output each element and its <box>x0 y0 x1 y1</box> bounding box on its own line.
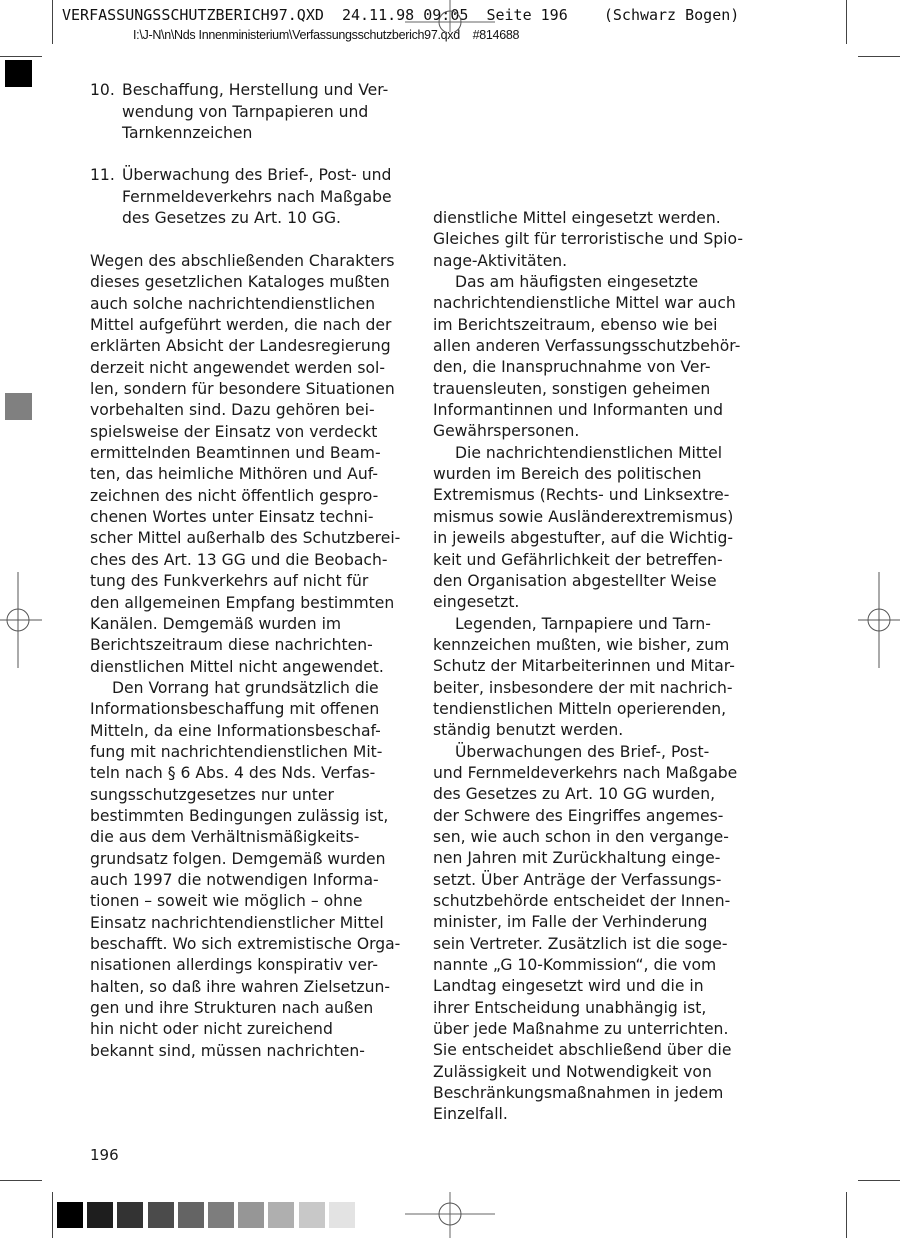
color-patch <box>238 1202 264 1228</box>
text-line: Einzelfall. <box>433 1104 743 1125</box>
text-line: ermittelnden Beamtinnen und Beam- <box>90 443 400 464</box>
text-line: Zulässigkeit und Notwendigkeit von <box>433 1062 743 1083</box>
text-line: den allgemeinen Empfang bestimmten <box>90 593 400 614</box>
text-line: im Berichtszeitraum, ebenso wie bei <box>433 315 743 336</box>
text-line: Legenden, Tarnpapiere und Tarn- <box>433 614 743 635</box>
text-line: Berichtszeitraum diese nachrichten- <box>90 635 400 656</box>
registration-mark-right-icon <box>858 572 900 668</box>
text-line: tionen – soweit wie möglich – ohne <box>90 891 400 912</box>
text-line: Gewährspersonen. <box>433 421 743 442</box>
text-line: teln nach § 6 Abs. 4 des Nds. Verfas- <box>90 763 400 784</box>
text-line: Informantinnen und Informanten und <box>433 400 743 421</box>
list-line: Beschaffung, Herstellung und Ver- <box>122 80 388 102</box>
text-line: Kanälen. Demgemäß wurden im <box>90 614 400 635</box>
thumb-mark-gray <box>5 393 32 420</box>
text-line: ihrer Entscheidung unabhängig ist, <box>433 998 743 1019</box>
text-line: sungsschutzgesetzes nur unter <box>90 785 400 806</box>
text-line: len, sondern für besondere Situationen <box>90 379 400 400</box>
text-line: Gleiches gilt für terroristische und Spi… <box>433 229 743 250</box>
text-line: nannte „G 10-Kommission“, die vom <box>433 955 743 976</box>
text-line: bekannt sind, müssen nachrichten- <box>90 1041 400 1062</box>
text-line: mismus sowie Ausländerextremismus) <box>433 507 743 528</box>
text-line: Das am häufigsten eingesetzte <box>433 272 743 293</box>
registration-mark-top-icon <box>405 0 495 32</box>
paragraph: Das am häufigsten eingesetzte nachrichte… <box>433 272 743 443</box>
text-line: Den Vorrang hat grundsätzlich die <box>90 678 400 699</box>
text-line: Landtag eingesetzt wird und die in <box>433 976 743 997</box>
paragraph: Den Vorrang hat grundsätzlich die Inform… <box>90 678 400 1062</box>
text-line: halten, so daß ihre wahren Zielsetzun- <box>90 977 400 998</box>
text-line: in jeweils abgestufter, auf die Wichtig- <box>433 528 743 549</box>
text-line: scher Mittel außerhalb des Schutzberei- <box>90 528 400 549</box>
color-patch <box>299 1202 325 1228</box>
paragraph: dienstliche Mittel eingesetzt werden. Gl… <box>433 208 743 272</box>
text-line: Informationsbeschaffung mit offenen <box>90 699 400 720</box>
color-patch <box>148 1202 174 1228</box>
text-line: vorbehalten sind. Dazu gehören bei- <box>90 400 400 421</box>
page-number: 196 <box>90 1146 119 1164</box>
color-patch <box>208 1202 234 1228</box>
paragraph: Die nachrichtendienstlichen Mittel wurde… <box>433 443 743 614</box>
left-column: Wegen des abschließenden Charakters dies… <box>90 251 400 1062</box>
text-line: hin nicht oder nicht zureichend <box>90 1019 400 1040</box>
text-line: Mittel aufgeführt werden, die nach der <box>90 315 400 336</box>
right-column: dienstliche Mittel eingesetzt werden. Gl… <box>433 208 743 1126</box>
color-patch <box>87 1202 113 1228</box>
text-line: allen anderen Verfassungsschutzbehör- <box>433 336 743 357</box>
text-line: sein Vertreter. Zusätzlich ist die soge- <box>433 934 743 955</box>
list-line: Fernmeldeverkehrs nach Maßgabe <box>122 187 392 209</box>
crop-mark-bottom-right-v <box>846 1192 847 1238</box>
registration-mark-left-icon <box>0 572 42 668</box>
text-line: ches des Art. 13 GG und die Beobach- <box>90 550 400 571</box>
crop-mark-top-right-h <box>858 56 900 57</box>
paragraph: Überwachungen des Brief-, Post- und Fern… <box>433 742 743 1126</box>
text-line: Extremismus (Rechts- und Linksextre- <box>433 485 743 506</box>
text-line: minister, im Falle der Verhinderung <box>433 912 743 933</box>
text-line: dienstlichen Mittel nicht angewendet. <box>90 657 400 678</box>
text-line: nisationen allerdings konspirativ ver- <box>90 955 400 976</box>
list-number: 10. <box>90 80 115 102</box>
paragraph: Wegen des abschließenden Charakters dies… <box>90 251 400 678</box>
registration-mark-bottom-icon <box>405 1192 495 1238</box>
list-line: des Gesetzes zu Art. 10 GG. <box>122 208 392 230</box>
list-number: 11. <box>90 165 115 187</box>
thumb-mark-black <box>5 60 32 87</box>
color-patch <box>329 1202 355 1228</box>
text-line: dienstliche Mittel eingesetzt werden. <box>433 208 743 229</box>
text-line: trauensleuten, sonstigen geheimen <box>433 379 743 400</box>
text-line: Die nachrichtendienstlichen Mittel <box>433 443 743 464</box>
text-line: sen, wie auch schon in den vergange- <box>433 827 743 848</box>
text-line: bestimmten Bedingungen zulässig ist, <box>90 806 400 827</box>
crop-mark-bottom-left-h <box>0 1180 42 1181</box>
text-line: kennzeichen mußten, wie bisher, zum <box>433 635 743 656</box>
text-line: derzeit nicht angewendet werden sol- <box>90 358 400 379</box>
text-line: die aus dem Verhältnismäßigkeits- <box>90 827 400 848</box>
text-line: den, die Inanspruchnahme von Ver- <box>433 357 743 378</box>
text-line: und Fernmeldeverkehrs nach Maßgabe <box>433 763 743 784</box>
text-line: beiter, insbesondere der mit nachrich- <box>433 678 743 699</box>
text-line: ten, das heimliche Mithören und Auf- <box>90 464 400 485</box>
text-line: nen Jahren mit Zurückhaltung einge- <box>433 848 743 869</box>
text-line: tendienstlichen Mitteln operierenden, <box>433 699 743 720</box>
text-line: dieses gesetzlichen Kataloges mußten <box>90 272 400 293</box>
color-patch <box>178 1202 204 1228</box>
text-line: gen und ihre Strukturen nach außen <box>90 998 400 1019</box>
slug-line: VERFASSUNGSSCHUTZBERICH97.QXD 24.11.98 0… <box>62 6 739 24</box>
text-line: keit und Gefährlichkeit der betreffen- <box>433 550 743 571</box>
text-line: nachrichtendienstliche Mittel war auch <box>433 293 743 314</box>
list-line: Überwachung des Brief-, Post- und <box>122 165 392 187</box>
text-line: schutzbehörde entscheidet der Innen- <box>433 891 743 912</box>
text-line: Überwachungen des Brief-, Post- <box>433 742 743 763</box>
text-line: nage-Aktivitäten. <box>433 251 743 272</box>
text-line: Schutz der Mitarbeiterinnen und Mitar- <box>433 656 743 677</box>
text-line: tung des Funkverkehrs auf nicht für <box>90 571 400 592</box>
text-line: eingesetzt. <box>433 592 743 613</box>
text-line: auch 1997 die notwendigen Informa- <box>90 870 400 891</box>
list-line: Tarnkennzeichen <box>122 123 388 145</box>
crop-mark-top-left-h <box>0 56 42 57</box>
text-line: auch solche nachrichtendienstlichen <box>90 294 400 315</box>
text-line: setzt. Über Anträge der Verfassungs- <box>433 870 743 891</box>
text-line: Wegen des abschließenden Charakters <box>90 251 400 272</box>
text-line: fung mit nachrichtendienstlichen Mit- <box>90 742 400 763</box>
text-line: beschafft. Wo sich extremistische Orga- <box>90 934 400 955</box>
crop-mark-top-left-v <box>52 0 53 44</box>
color-patch <box>57 1202 83 1228</box>
text-line: des Gesetzes zu Art. 10 GG wurden, <box>433 784 743 805</box>
text-line: zeichnen des nicht öffentlich gespro- <box>90 486 400 507</box>
paragraph: Legenden, Tarnpapiere und Tarn- kennzeic… <box>433 614 743 742</box>
text-line: Einsatz nachrichtendienstlicher Mittel <box>90 913 400 934</box>
text-line: über jede Maßnahme zu unterrichten. <box>433 1019 743 1040</box>
list-line: wendung von Tarnpapieren und <box>122 102 388 124</box>
text-line: den Organisation abgestellter Weise <box>433 571 743 592</box>
text-line: ständig benutzt werden. <box>433 720 743 741</box>
text-line: spielsweise der Einsatz von verdeckt <box>90 422 400 443</box>
color-patch <box>268 1202 294 1228</box>
text-line: chenen Wortes unter Einsatz techni- <box>90 507 400 528</box>
text-line: Mitteln, da eine Informationsbeschaf- <box>90 721 400 742</box>
text-line: Sie entscheidet abschließend über die <box>433 1040 743 1061</box>
text-line: wurden im Bereich des politischen <box>433 464 743 485</box>
color-patch <box>117 1202 143 1228</box>
text-line: Beschränkungsmaßnahmen in jedem <box>433 1083 743 1104</box>
crop-mark-bottom-right-h <box>858 1180 900 1181</box>
crop-mark-top-right-v <box>846 0 847 44</box>
text-line: der Schwere des Eingriffes angemes- <box>433 806 743 827</box>
text-line: grundsatz folgen. Demgemäß wurden <box>90 849 400 870</box>
crop-mark-bottom-left-v <box>52 1192 53 1238</box>
text-line: erklärten Absicht der Landesregierung <box>90 336 400 357</box>
